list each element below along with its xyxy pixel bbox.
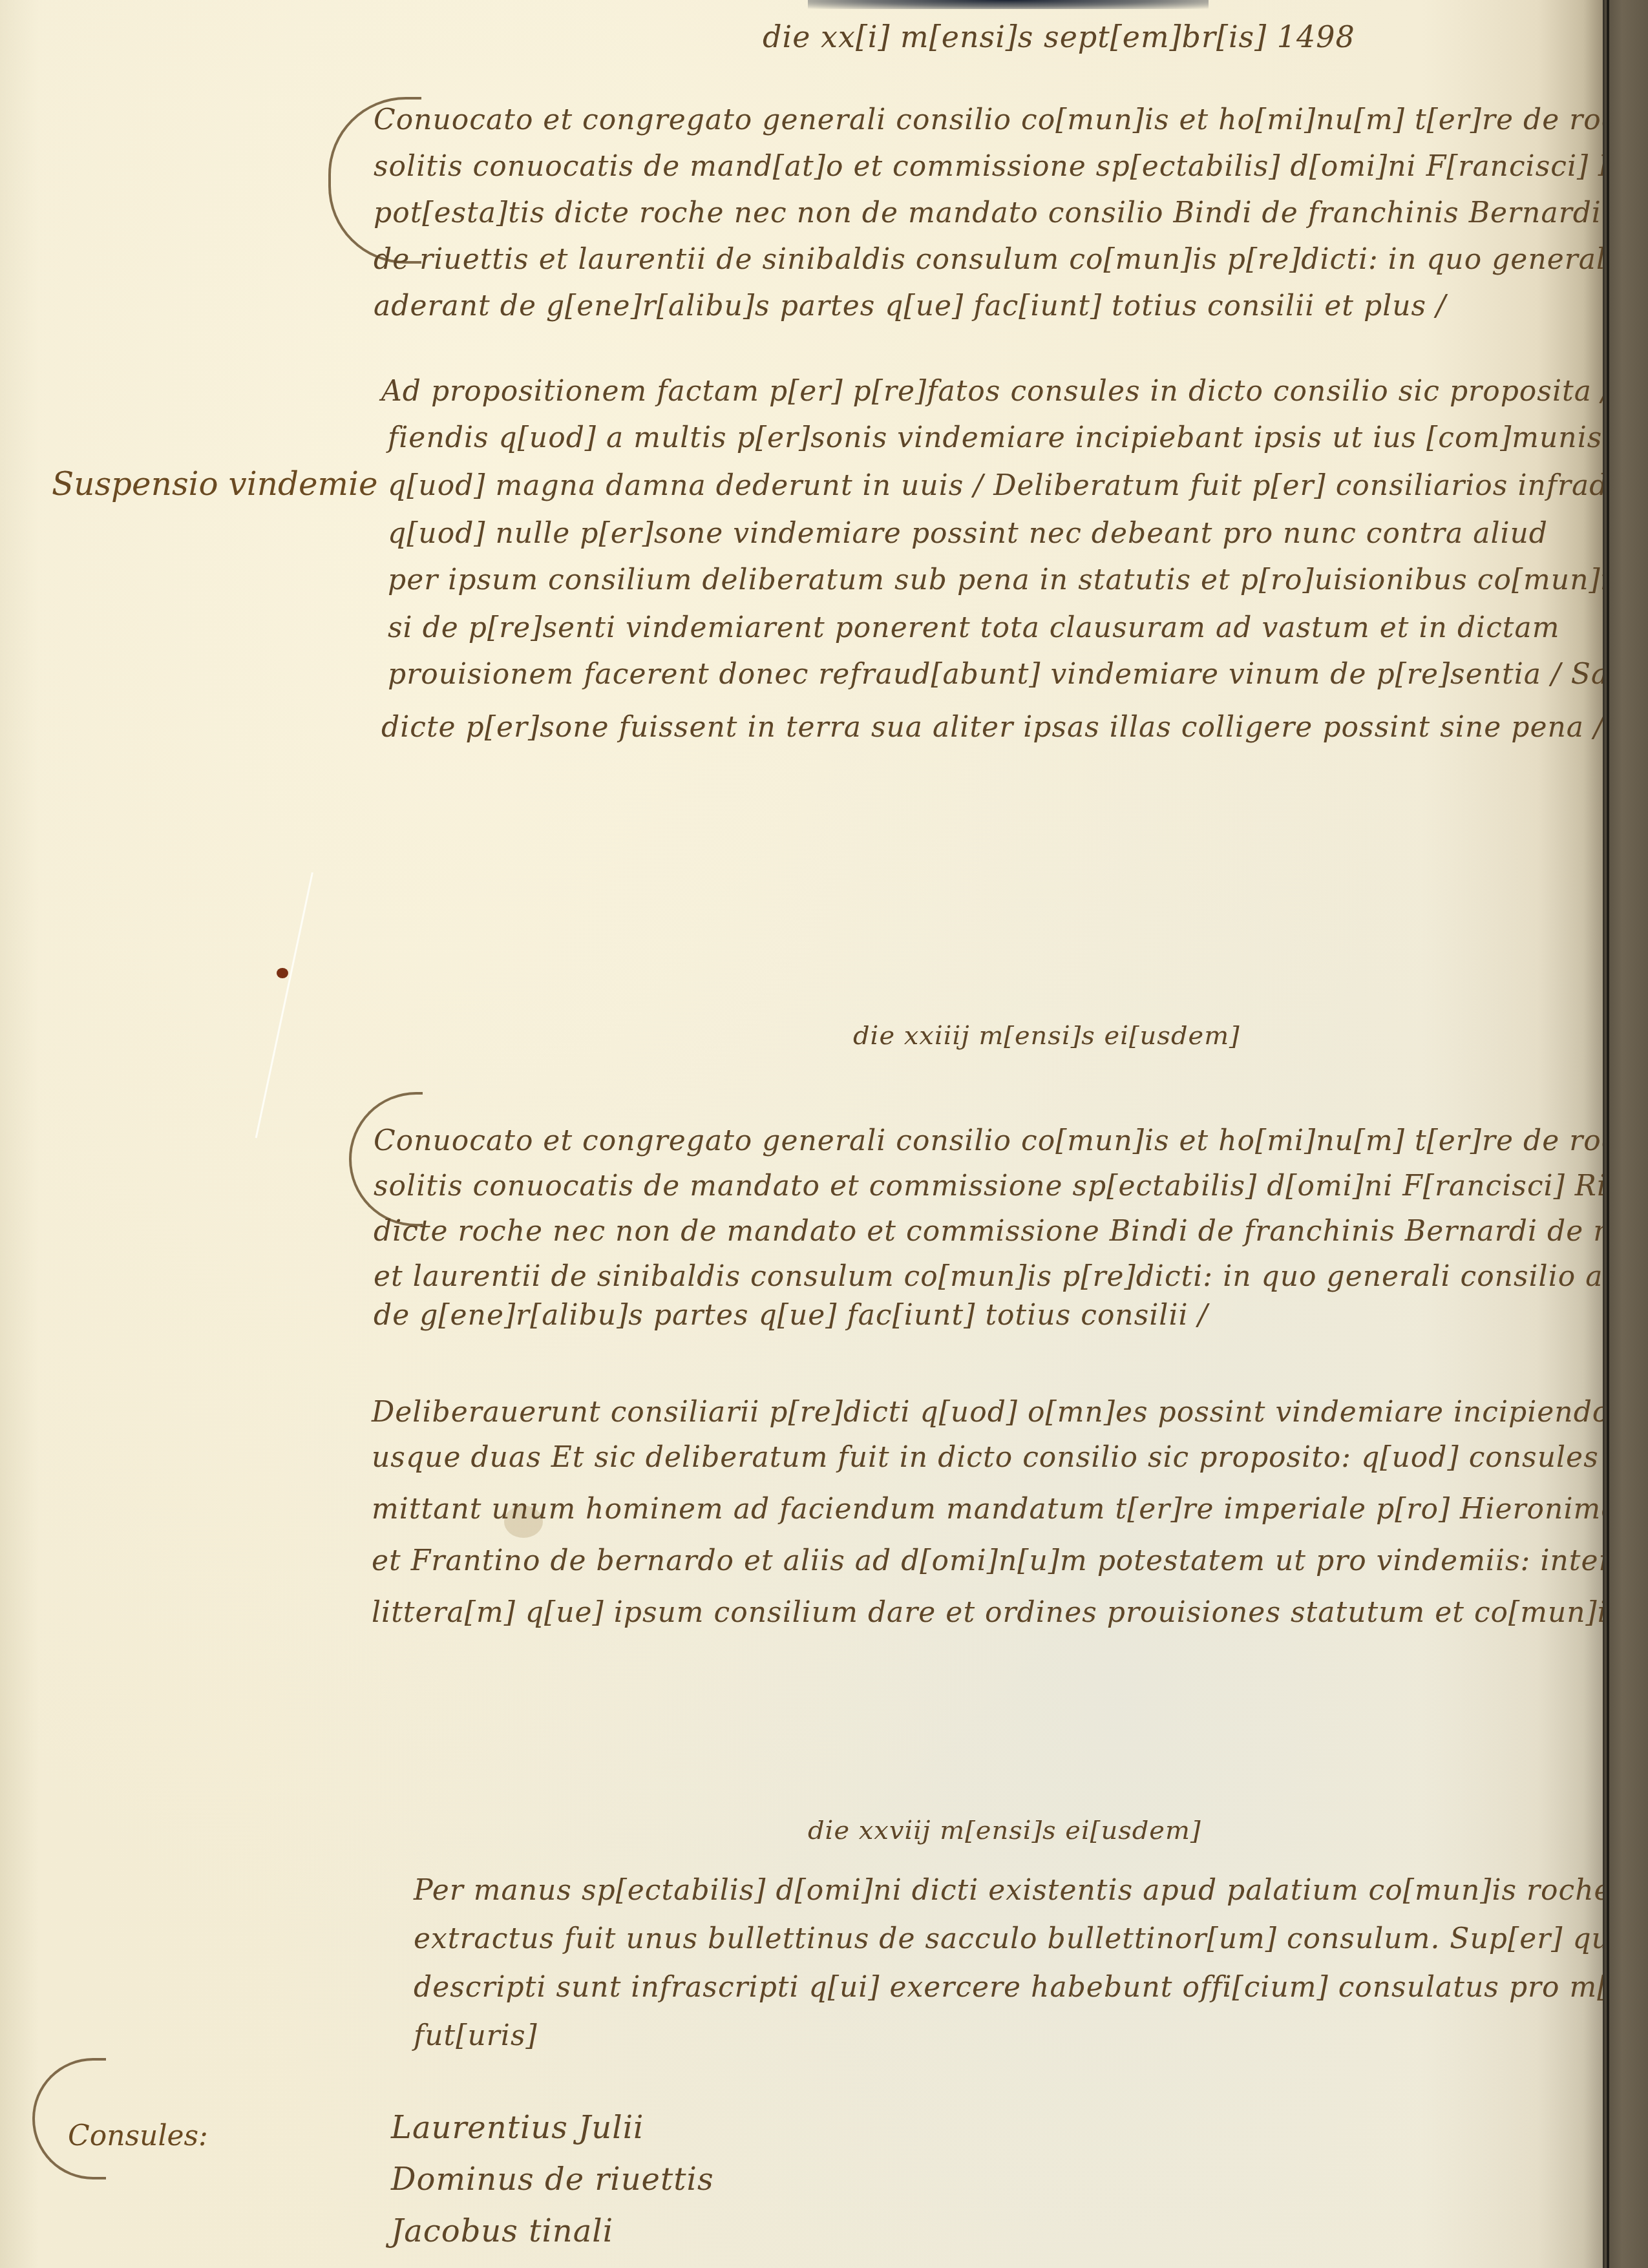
entry-1-p1-line-3: pot[esta]tis dicte roche nec non de mand… (374, 196, 1601, 229)
entry-3-p1-line-1: Per manus sp[ectabilis] d[omi]ni dicti e… (414, 1874, 1648, 1907)
book-binding-edge (1603, 0, 1648, 2268)
entry-1-p1-line-4: de riuettis et laurentii de sinibaldis c… (374, 243, 1648, 276)
consules-bracket (32, 2058, 106, 2179)
entry-1-p2-line-1: Ad propositionem factam p[er] p[re]fatos… (381, 375, 1648, 408)
consul-name-3: Jacobus tinali (391, 2213, 613, 2249)
initial-c-flourish (349, 1092, 423, 1226)
paper-crease (255, 872, 313, 1138)
entry-2-p2-line-5: littera[m] q[ue] ipsum consilium dare et… (372, 1596, 1648, 1629)
entry-1-p1-line-2: solitis conuocatis de mand[at]o et commi… (374, 150, 1648, 183)
manuscript-page: die xx[i] m[ensi]s sept[em]br[is] 1498 C… (0, 0, 1603, 2268)
entry-1-p2-line-8: dicte p[er]sone fuissent in terra sua al… (381, 711, 1604, 744)
scan-shadow (808, 0, 1209, 9)
entry-2-p2-line-2: usque duas Et sic deliberatum fuit in di… (372, 1441, 1648, 1474)
entry-2-p2-line-3: mittant unum hominem ad faciendum mandat… (372, 1493, 1648, 1526)
entry-1-p1-line-1: Conuocato et congregato generali consili… (374, 103, 1648, 136)
entry-2-date: die xxiiij m[ensi]s ei[usdem] (853, 1021, 1240, 1051)
entry-1-p2-line-2: fiendis q[uod] a multis p[er]sonis vinde… (388, 421, 1648, 454)
entry-2-p1-line-4: et laurentii de sinibaldis consulum co[m… (374, 1260, 1648, 1293)
entry-1-p2-line-4: q[uod] nulle p[er]sone vindemiare possin… (388, 517, 1548, 550)
entry-1-p2-line-3: q[uod] magna damna dederunt in uuis / De… (388, 469, 1648, 502)
margin-note-suspensio: Suspensio vindemie (52, 465, 378, 503)
binding-seam (1607, 0, 1609, 2268)
entry-2-p1-line-3: dicte roche nec non de mandato et commis… (374, 1215, 1648, 1248)
entry-1-p1-line-5: aderant de g[ene]r[alibu]s partes q[ue] … (374, 289, 1446, 322)
consul-name-1: Laurentius Julii (391, 2110, 644, 2146)
margin-note-consules: Consules: (68, 2119, 208, 2152)
entry-3-p1-line-3: descripti sunt infrascripti q[ui] exerce… (414, 1971, 1648, 2004)
entry-1-p2-line-7: prouisionem facerent donec refraud[abunt… (388, 658, 1648, 691)
consul-name-2: Dominus de riuettis (391, 2161, 714, 2198)
entry-1-date: die xx[i] m[ensi]s sept[em]br[is] 1498 (763, 19, 1355, 54)
entry-2-p1-line-5: de g[ene]r[alibu]s partes q[ue] fac[iunt… (374, 1299, 1208, 1332)
entry-2-p1-line-1: Conuocato et congregato generali consili… (374, 1124, 1648, 1157)
entry-1-p2-line-6: si de p[re]senti vindemiarent ponerent t… (388, 611, 1559, 644)
entry-2-p2-line-1: Deliberauerunt consiliarii p[re]dicti q[… (372, 1396, 1648, 1429)
ink-spot (277, 968, 288, 978)
entry-2-p1-line-2: solitis conuocatis de mandato et commiss… (374, 1170, 1648, 1202)
entry-3-date: die xxviij m[ensi]s ei[usdem] (808, 1816, 1201, 1845)
entry-3-p1-line-4: fut[uris] (414, 2019, 538, 2052)
entry-1-p2-line-5: per ipsum consilium deliberatum sub pena… (388, 563, 1648, 596)
entry-3-p1-line-2: extractus fuit unus bullettinus de saccu… (414, 1922, 1628, 1955)
entry-2-p2-line-4: et Frantino de bernardo et aliis ad d[om… (372, 1544, 1613, 1577)
